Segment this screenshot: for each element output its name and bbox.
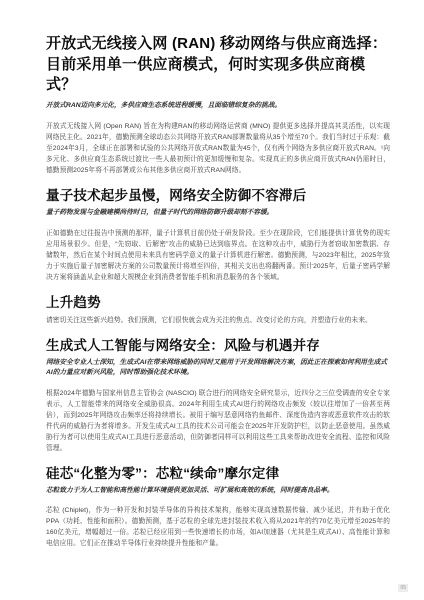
section-on-the-rise-title: 上升趋势 — [46, 295, 390, 310]
section-genai-cybersecurity-paragraph: 根据2024年德勤与国家州信息主管协会 (NASCIO) 联合进行的网络安全研究… — [46, 388, 390, 454]
section-open-ran: 开放式无线接入网 (RAN) 移动网络与供应商选择：目前采用单一供应商模式，何时… — [46, 34, 390, 176]
section-open-ran-paragraph: 开放式无线接入网 (Open RAN) 旨在为构建RAN的移动网络运营商 (MN… — [46, 121, 390, 176]
section-open-ran-subtitle: 开放式RAN迈向多元化，多供应商生态系统进程缓慢，且面临错综复杂的挑战。 — [46, 101, 390, 112]
section-quantum-cyber-title: 量子技术起步虽慢，网络安全防御不容滞后 — [46, 188, 390, 203]
section-genai-cybersecurity-subtitle: 网络安全专业人士深知，生成式AI在带来网络威胁的同时又能用于开发网络解决方案，因… — [46, 358, 390, 379]
section-on-the-rise: 上升趋势 请密切关注这些新兴趋势。我们预测，它们很快就会成为关注的焦点、改变讨论… — [46, 295, 390, 326]
section-quantum-cyber-subtitle: 量子药物发现与金融建模尚待时日，但量子时代的网络防御升级却刻不容缓。 — [46, 208, 390, 219]
section-chiplets-paragraph: 芯粒 (Chiplet)，作为一种开发和封装半导体的异构技术架构，能够实现高速数… — [46, 505, 390, 549]
section-chiplets-subtitle: 芯粒致力于为人工智能和高性能计算环境提供更加灵活、可扩展和高效的系统，同时提高良… — [46, 486, 390, 497]
document-page: 开放式无线接入网 (RAN) 移动网络与供应商选择：目前采用单一供应商模式，何时… — [0, 0, 424, 600]
section-chiplets-title: 硅芯“化整为零”：芯粒“续命”摩尔定律 — [46, 466, 390, 481]
section-quantum-cyber-paragraph: 正如德勤在过往报告中预测的那样，量子计算机目前仍处于研发阶段。至少在现阶段，它们… — [46, 228, 390, 283]
section-quantum-cyber: 量子技术起步虽慢，网络安全防御不容滞后 量子药物发现与金融建模尚待时日，但量子时… — [46, 188, 390, 283]
page-number: 05 — [398, 584, 408, 592]
section-genai-cybersecurity: 生成式人工智能与网络安全：风险与机遇并存 网络安全专业人士深知，生成式AI在带来… — [46, 338, 390, 454]
section-chiplets: 硅芯“化整为零”：芯粒“续命”摩尔定律 芯粒致力于为人工智能和高性能计算环境提供… — [46, 466, 390, 550]
section-open-ran-title: 开放式无线接入网 (RAN) 移动网络与供应商选择：目前采用单一供应商模式，何时… — [46, 34, 390, 96]
section-genai-cybersecurity-title: 生成式人工智能与网络安全：风险与机遇并存 — [46, 338, 390, 353]
section-on-the-rise-paragraph: 请密切关注这些新兴趋势。我们预测，它们很快就会成为关注的焦点、改变讨论的方向，并… — [46, 315, 390, 326]
